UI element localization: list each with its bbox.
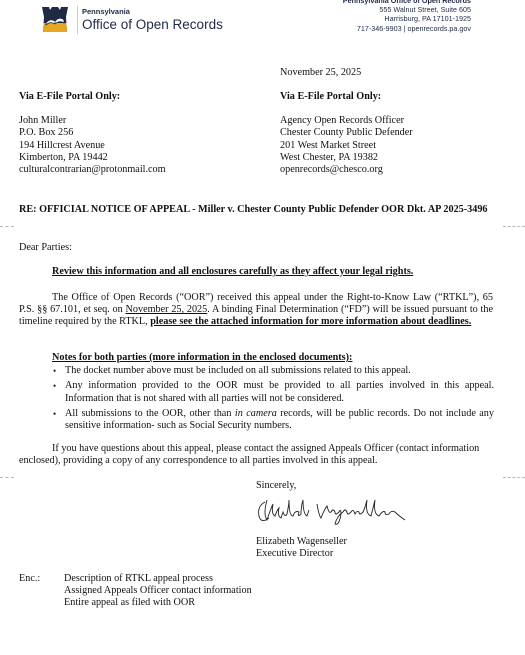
address-line: Agency Open Records Officer: [280, 115, 413, 127]
notes-list: •The docket number above must be include…: [52, 365, 494, 432]
subject-line: RE: OFFICIAL NOTICE OF APPEAL - Miller v…: [19, 204, 499, 216]
enclosures-label: Enc.:: [19, 573, 40, 585]
signer-name: Elizabeth Wagenseller: [256, 536, 347, 548]
review-notice: Review this information and all enclosur…: [52, 266, 413, 278]
enclosures-list: Description of RTKL appeal process Assig…: [64, 573, 252, 610]
address-line: 194 Hillcrest Avenue: [19, 140, 166, 152]
fold-mark: [503, 477, 525, 478]
bullet-icon: •: [53, 380, 56, 392]
address-line: 201 West Market Street: [280, 140, 413, 152]
address-line: P.O. Box 256: [19, 127, 166, 139]
notes-section: Notes for both parties (more information…: [52, 352, 494, 435]
address-line: West Chester, PA 19382: [280, 152, 413, 164]
appeal-received-paragraph: The Office of Open Records (“OOR”) recei…: [19, 292, 493, 329]
address-line: Chester County Public Defender: [280, 127, 413, 139]
list-item: •All submissions to the OOR, other than …: [52, 408, 494, 432]
notes-title: Notes for both parties (more information…: [52, 352, 494, 364]
list-item: Assigned Appeals Officer contact informa…: [64, 585, 252, 597]
logo-divider: [77, 6, 78, 34]
note-text: The docket number above must be included…: [65, 365, 411, 376]
logo-state-name: Pennsylvania: [82, 8, 130, 16]
recipient-agency: Via E-File Portal Only: Agency Open Reco…: [280, 91, 413, 176]
logo-office-name: Office of Open Records: [82, 17, 223, 32]
fold-mark: [0, 477, 14, 478]
letter-date: November 25, 2025: [280, 67, 361, 79]
email-address: openrecords@chesco.org: [280, 164, 413, 176]
office-address-street: 555 Walnut Street, Suite 605: [343, 5, 471, 14]
received-date: November 25, 2025: [126, 304, 208, 315]
paragraph-text: If you have questions about this appeal,…: [19, 443, 479, 466]
note-text: Any information provided to the OOR must…: [65, 380, 494, 403]
note-text-italic: in camera: [235, 408, 277, 419]
email-address: culturalcontrarian@protonmail.com: [19, 164, 166, 176]
signer-block: Elizabeth Wagenseller Executive Director: [256, 536, 347, 560]
delivery-method: Via E-File Portal Only:: [19, 91, 166, 103]
closing: Sincerely,: [256, 480, 296, 492]
deadline-notice: please see the attached information for …: [150, 316, 471, 327]
office-address-contact: 717-346-9903 | openrecords.pa.gov: [343, 24, 471, 33]
signer-title: Executive Director: [256, 548, 347, 560]
oor-logo: Pennsylvania Office of Open Records: [40, 4, 220, 36]
recipient-requester: Via E-File Portal Only: John Miller P.O.…: [19, 91, 166, 176]
keystone-open-book-icon: [40, 4, 70, 34]
questions-paragraph: If you have questions about this appeal,…: [19, 443, 499, 467]
bullet-icon: •: [53, 365, 56, 377]
signature-image: [255, 494, 415, 530]
salutation: Dear Parties:: [19, 242, 72, 254]
list-item: Entire appeal as filed with OOR: [64, 597, 252, 609]
address-line: John Miller: [19, 115, 166, 127]
address-line: Kimberton, PA 19442: [19, 152, 166, 164]
fold-mark: [0, 226, 14, 227]
fold-mark: [503, 226, 525, 227]
office-address-city: Harrisburg, PA 17101-1925: [343, 14, 471, 23]
list-item: Description of RTKL appeal process: [64, 573, 252, 585]
list-item: •The docket number above must be include…: [52, 365, 494, 377]
bullet-icon: •: [53, 408, 56, 420]
office-address: Pennsylvania Office of Open Records 555 …: [343, 0, 471, 33]
delivery-method: Via E-File Portal Only:: [280, 91, 413, 103]
note-text: All submissions to the OOR, other than: [65, 408, 235, 419]
list-item: •Any information provided to the OOR mus…: [52, 380, 494, 404]
